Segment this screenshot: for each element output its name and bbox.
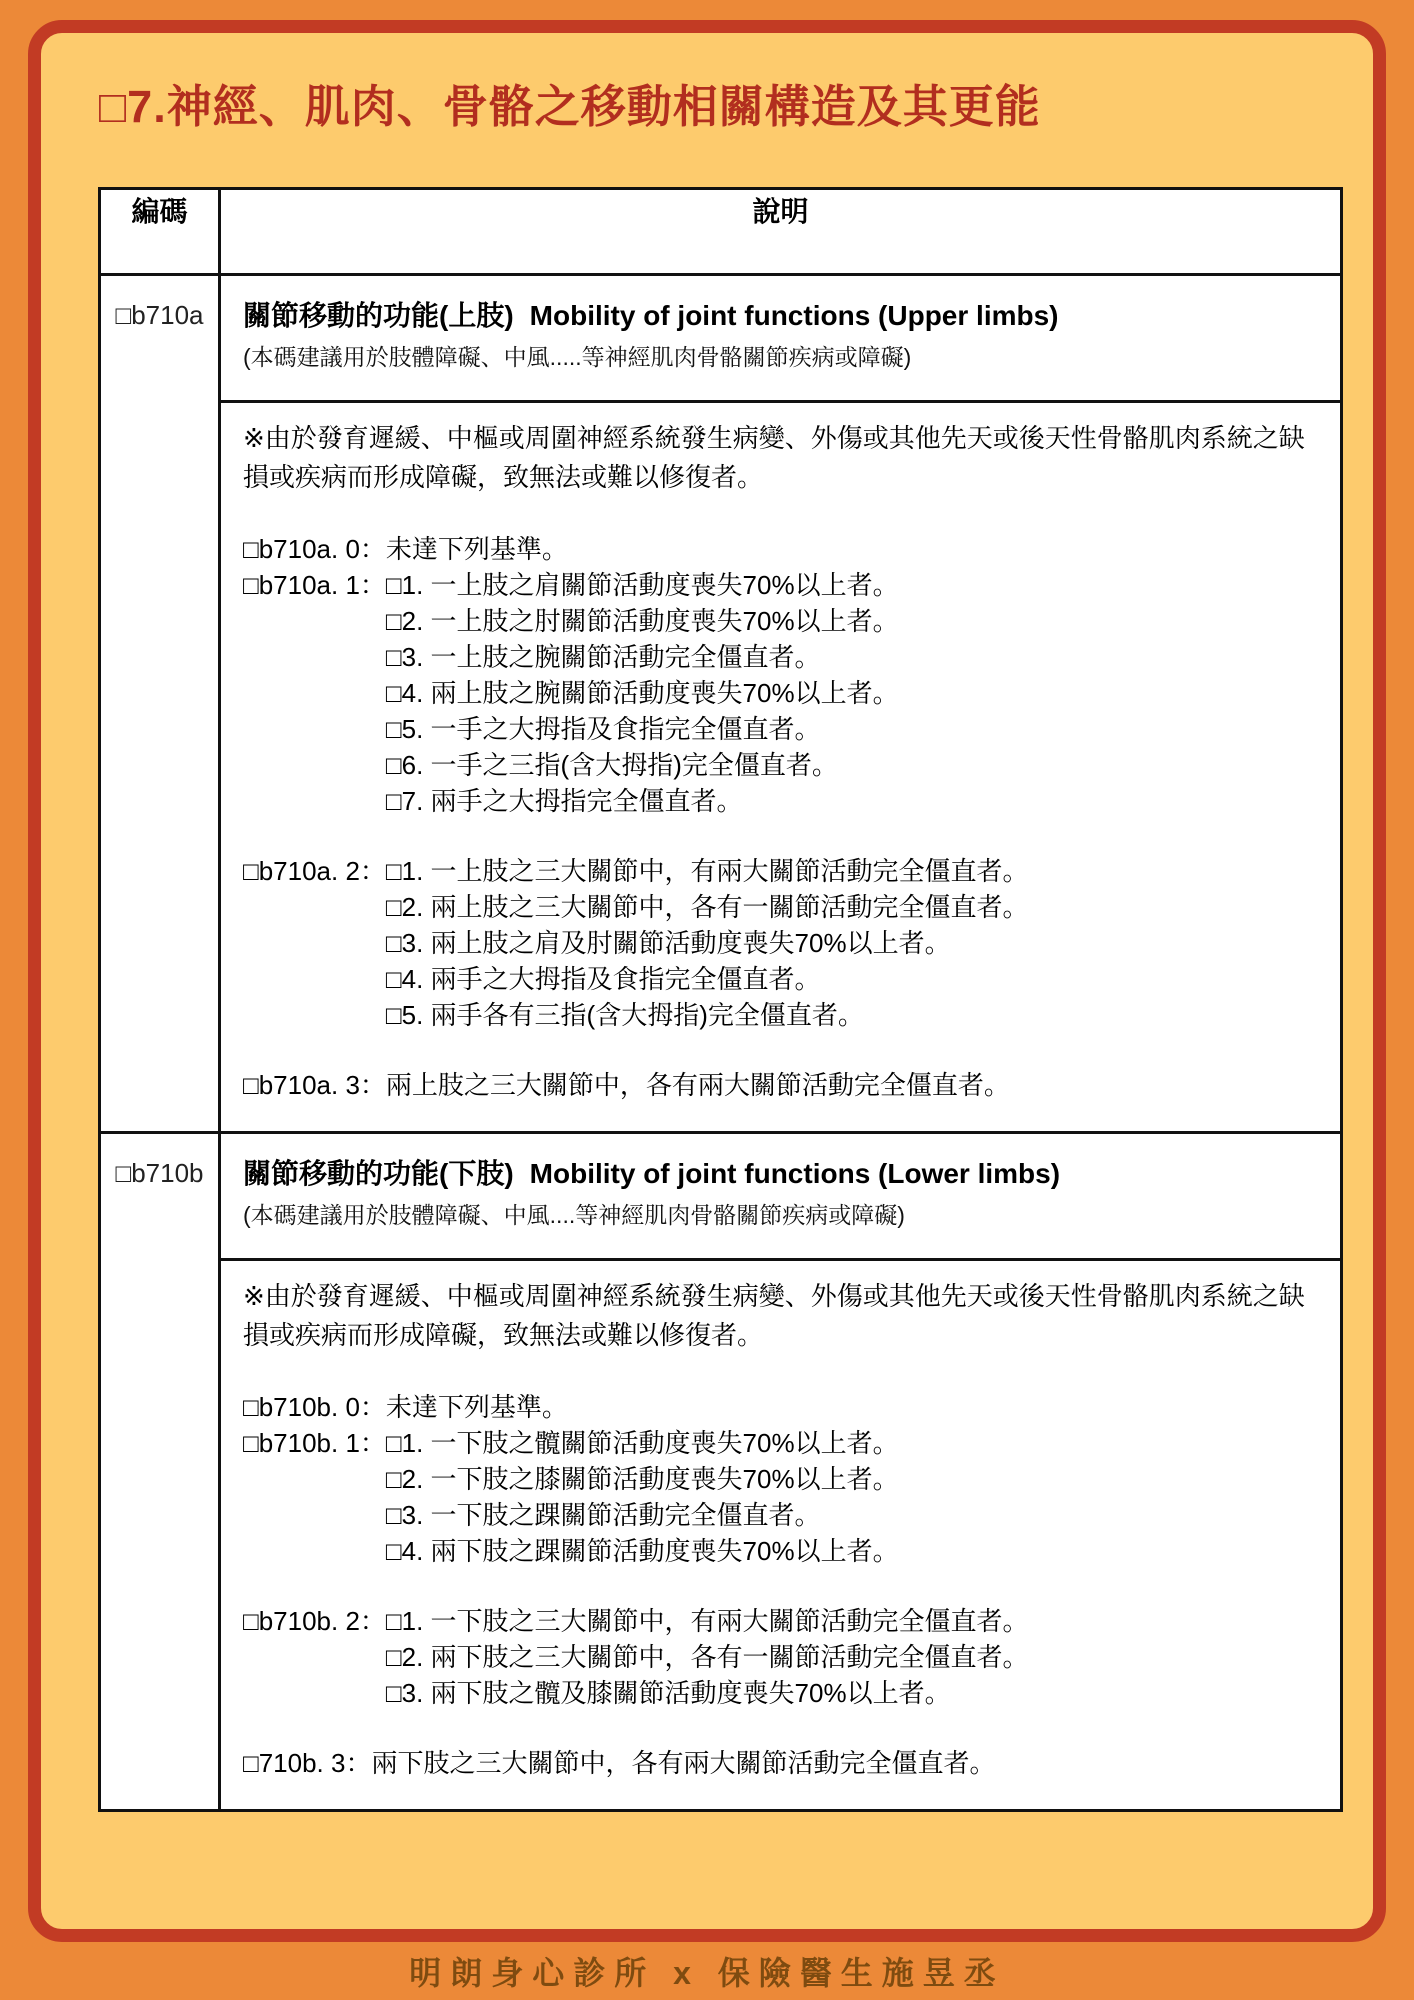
row-body-cell: ※由於發育遲緩、中樞或周圍神經系統發生病變、外傷或其他先天或後天性骨骼肌肉系統之… [220,1260,1342,1811]
group-items: □1. 一下肢之三大關節中，有兩大關節活動完全僵直者。□2. 兩下肢之三大關節中… [386,1603,1029,1711]
row-title-en: Mobility of joint functions (Upper limbs… [530,300,1059,331]
criterion-item[interactable]: □2. 一下肢之膝關節活動度喪失70%以上者。 [386,1461,899,1497]
row-title-zh: 關節移動的功能(上肢) [243,300,514,331]
criterion-item[interactable]: □4. 兩上肢之腕關節活動度喪失70%以上者。 [386,675,899,711]
criterion-item[interactable]: □2. 一上肢之肘關節活動度喪失70%以上者。 [386,603,899,639]
criterion-item[interactable]: □5. 兩手各有三指(含大拇指)完全僵直者。 [386,997,1029,1033]
row-intro-note: ※由於發育遲緩、中樞或周圍神經系統發生病變、外傷或其他先天或後天性骨骼肌肉系統之… [243,419,1320,497]
table-body: □b710a 關節移動的功能(上肢)Mobility of joint func… [100,275,1342,1811]
row-title-zh: 關節移動的功能(下肢) [243,1158,514,1189]
group-items: □1. 一上肢之三大關節中，有兩大關節活動完全僵直者。□2. 兩上肢之三大關節中… [386,853,1029,1033]
table-row-body: ※由於發育遲緩、中樞或周圍神經系統發生病變、外傷或其他先天或後天性骨骼肌肉系統之… [100,402,1342,1133]
row-subtitle: (本碼建議用於肢體障礙、中風....等神經肌肉骨骼關節疾病或障礙) [243,1198,1318,1232]
row-title: 關節移動的功能(上肢)Mobility of joint functions (… [243,296,1318,336]
criterion-item[interactable]: □5. 一手之大拇指及食指完全僵直者。 [386,711,899,747]
group-label-checkbox[interactable]: □b710b. 0： [243,1389,386,1425]
criterion-item[interactable]: □6. 一手之三指(含大拇指)完全僵直者。 [386,747,899,783]
column-header-code: 編碼 [100,189,220,275]
criterion-item: 兩下肢之三大關節中，各有兩大關節活動完全僵直者。 [371,1745,995,1781]
row-title-cell: 關節移動的功能(上肢)Mobility of joint functions (… [220,275,1342,402]
criterion-item[interactable]: □4. 兩下肢之踝關節活動度喪失70%以上者。 [386,1533,899,1569]
group-items: 未達下列基準。 [386,1389,568,1425]
document-page: □7.神經、肌肉、骨骼之移動相關構造及其更能 編碼 說明 □b710a 關節移動… [0,0,1414,2000]
criteria-group: □b710a. 3： 兩上肢之三大關節中，各有兩大關節活動完全僵直者。 [243,1067,1320,1103]
table-header-row: 編碼 說明 [100,189,1342,275]
content-frame: □7.神經、肌肉、骨骼之移動相關構造及其更能 編碼 說明 □b710a 關節移動… [28,20,1386,1942]
row-title: 關節移動的功能(下肢)Mobility of joint functions (… [243,1154,1318,1194]
row-title-en: Mobility of joint functions (Lower limbs… [530,1158,1060,1189]
criterion-item[interactable]: □1. 一下肢之髖關節活動度喪失70%以上者。 [386,1425,899,1461]
criterion-item[interactable]: □1. 一上肢之肩關節活動度喪失70%以上者。 [386,567,899,603]
group-items: □1. 一上肢之肩關節活動度喪失70%以上者。□2. 一上肢之肘關節活動度喪失7… [386,567,899,819]
criteria-group: □b710a. 2： □1. 一上肢之三大關節中，有兩大關節活動完全僵直者。□2… [243,853,1320,1033]
section-title: □7.神經、肌肉、骨骼之移動相關構造及其更能 [85,77,1329,137]
group-label-checkbox[interactable]: □b710a. 2： [243,853,386,889]
group-label-checkbox[interactable]: □710b. 3： [243,1745,371,1781]
criteria-group: □b710b. 2： □1. 一下肢之三大關節中，有兩大關節活動完全僵直者。□2… [243,1603,1320,1711]
row-title-cell: 關節移動的功能(下肢)Mobility of joint functions (… [220,1133,1342,1260]
criteria-group: □b710b. 0： 未達下列基準。 [243,1389,1320,1425]
group-label-checkbox[interactable]: □b710a. 0： [243,531,386,567]
group-label-checkbox[interactable]: □b710b. 1： [243,1425,386,1461]
criteria-group: □b710a. 0： 未達下列基準。 [243,531,1320,567]
criterion-item: 未達下列基準。 [386,1389,568,1425]
group-items: 兩上肢之三大關節中，各有兩大關節活動完全僵直者。 [386,1067,1010,1103]
group-items: 未達下列基準。 [386,531,568,567]
criterion-item: 未達下列基準。 [386,531,568,567]
codes-table: 編碼 說明 □b710a 關節移動的功能(上肢)Mobility of join… [98,187,1343,1812]
criteria-group: □b710b. 1： □1. 一下肢之髖關節活動度喪失70%以上者。□2. 一下… [243,1425,1320,1569]
criterion-item[interactable]: □3. 一上肢之腕關節活動完全僵直者。 [386,639,899,675]
row-code-checkbox[interactable]: □b710b [100,1133,220,1811]
group-items: 兩下肢之三大關節中，各有兩大關節活動完全僵直者。 [371,1745,995,1781]
criterion-item[interactable]: □1. 一下肢之三大關節中，有兩大關節活動完全僵直者。 [386,1603,1029,1639]
table-row: □b710a 關節移動的功能(上肢)Mobility of joint func… [100,275,1342,402]
criteria-groups: □b710a. 0： 未達下列基準。 □b710a. 1： □1. 一上肢之肩關… [243,531,1320,1103]
row-subtitle: (本碼建議用於肢體障礙、中風.....等神經肌肉骨骼關節疾病或障礙) [243,340,1318,374]
table-row: □b710b 關節移動的功能(下肢)Mobility of joint func… [100,1133,1342,1260]
group-items: □1. 一下肢之髖關節活動度喪失70%以上者。□2. 一下肢之膝關節活動度喪失7… [386,1425,899,1569]
footer-band: 明朗身心診所 x 保險醫生施昱丞 [0,1942,1414,2000]
criteria-group: □b710a. 1： □1. 一上肢之肩關節活動度喪失70%以上者。□2. 一上… [243,567,1320,819]
group-label-checkbox[interactable]: □b710a. 1： [243,567,386,603]
criterion-item[interactable]: □3. 兩下肢之髖及膝關節活動度喪失70%以上者。 [386,1675,1029,1711]
row-code-checkbox[interactable]: □b710a [100,275,220,1133]
criterion-item[interactable]: □7. 兩手之大拇指完全僵直者。 [386,783,899,819]
criterion-item[interactable]: □2. 兩下肢之三大關節中，各有一關節活動完全僵直者。 [386,1639,1029,1675]
criteria-groups: □b710b. 0： 未達下列基準。 □b710b. 1： □1. 一下肢之髖關… [243,1389,1320,1781]
column-header-description: 說明 [220,189,1342,275]
criterion-item[interactable]: □3. 兩上肢之肩及肘關節活動度喪失70%以上者。 [386,925,1029,961]
row-body-cell: ※由於發育遲緩、中樞或周圍神經系統發生病變、外傷或其他先天或後天性骨骼肌肉系統之… [220,402,1342,1133]
criterion-item: 兩上肢之三大關節中，各有兩大關節活動完全僵直者。 [386,1067,1010,1103]
row-intro-note: ※由於發育遲緩、中樞或周圍神經系統發生病變、外傷或其他先天或後天性骨骼肌肉系統之… [243,1277,1320,1355]
criteria-group: □710b. 3： 兩下肢之三大關節中，各有兩大關節活動完全僵直者。 [243,1745,1320,1781]
footer-branding: 明朗身心診所 x 保險醫生施昱丞 [409,1948,1005,1994]
criterion-item[interactable]: □2. 兩上肢之三大關節中，各有一關節活動完全僵直者。 [386,889,1029,925]
table-row-body: ※由於發育遲緩、中樞或周圍神經系統發生病變、外傷或其他先天或後天性骨骼肌肉系統之… [100,1260,1342,1811]
criterion-item[interactable]: □1. 一上肢之三大關節中，有兩大關節活動完全僵直者。 [386,853,1029,889]
criterion-item[interactable]: □3. 一下肢之踝關節活動完全僵直者。 [386,1497,899,1533]
group-label-checkbox[interactable]: □b710a. 3： [243,1067,386,1103]
group-label-checkbox[interactable]: □b710b. 2： [243,1603,386,1639]
criterion-item[interactable]: □4. 兩手之大拇指及食指完全僵直者。 [386,961,1029,997]
